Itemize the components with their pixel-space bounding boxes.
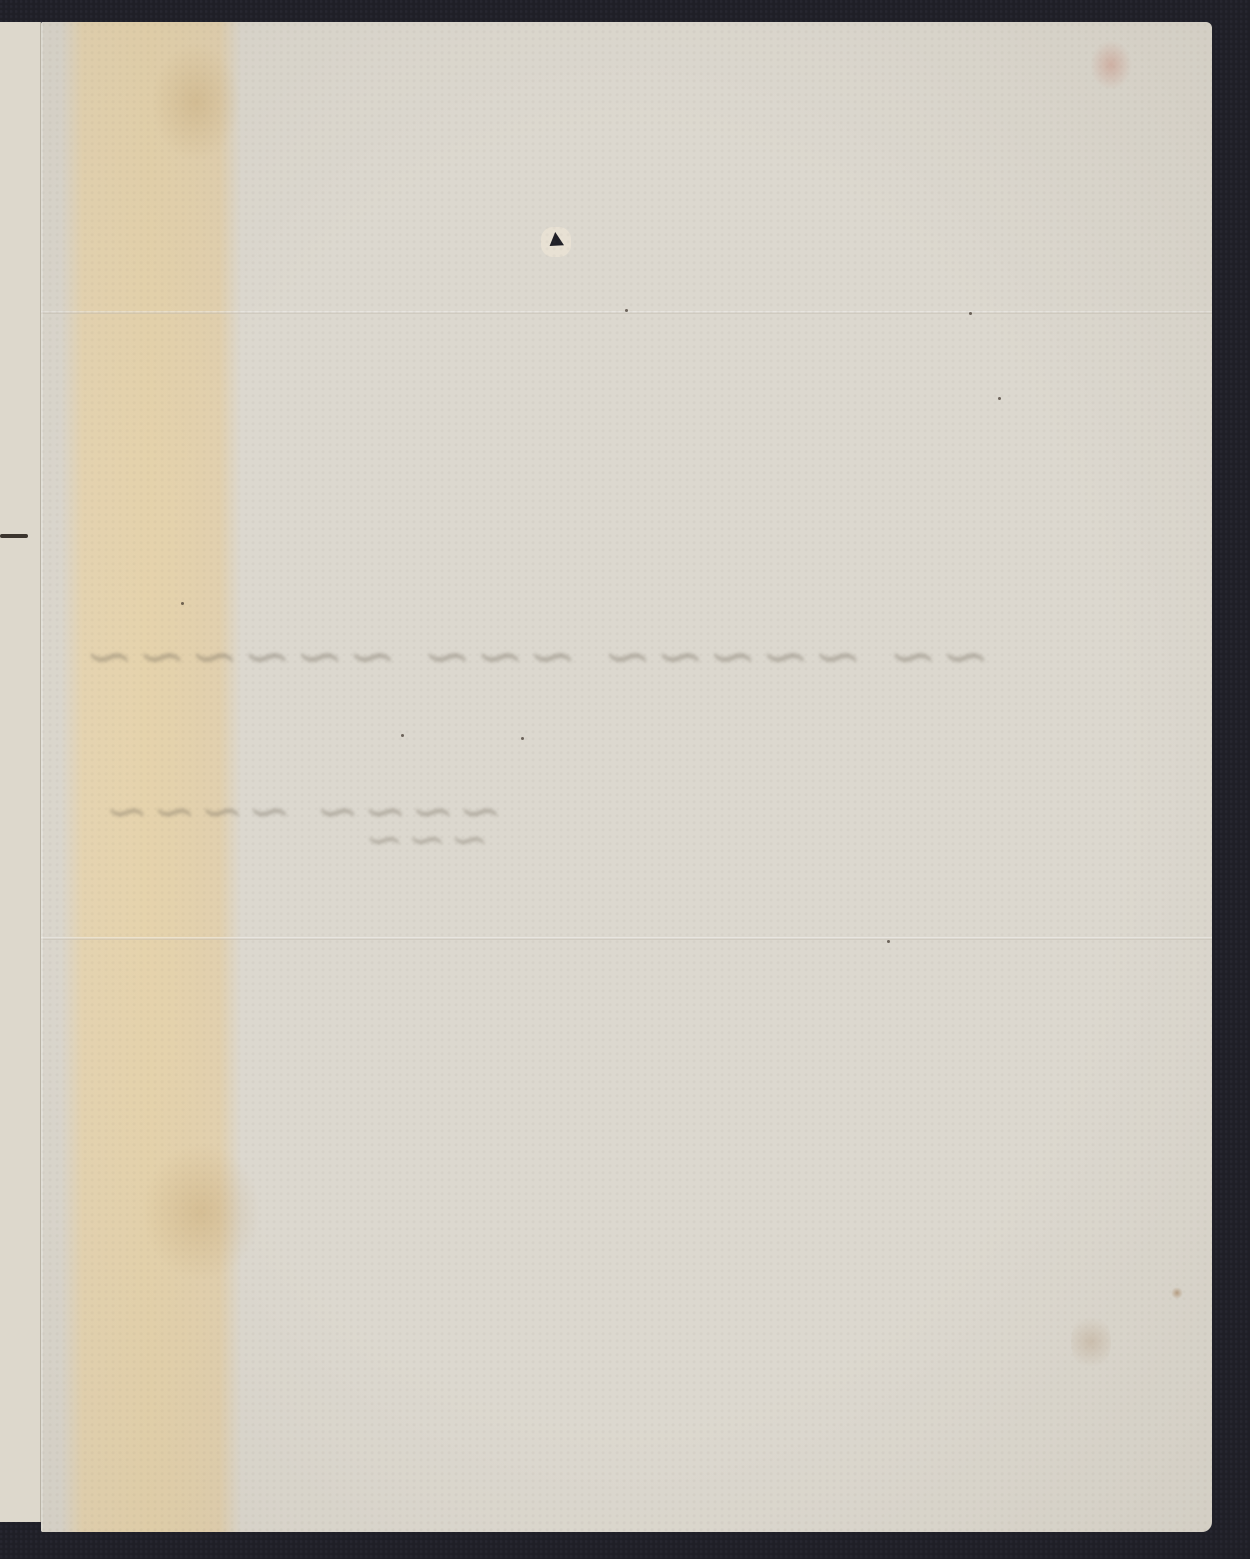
speck <box>521 737 524 740</box>
speck <box>998 397 1001 400</box>
ink-mark <box>0 534 28 538</box>
page-gutter-fold <box>41 22 43 1532</box>
document-page: ​~~ ~~~~~ ~~~ ~~~~~~ ​~~~~ ~~~~ ​~~~ <box>41 22 1212 1532</box>
speck <box>401 734 404 737</box>
fold-line-lower <box>41 937 1212 940</box>
foxing-spot <box>1171 1287 1183 1299</box>
speck <box>969 312 972 315</box>
foxing-spot <box>1071 1312 1111 1372</box>
ink-bleed-through-line-1: ​~~ ~~~~~ ~~~ ~~~~~~ <box>81 622 990 690</box>
ink-bleed-through-line-3: ​~~~ <box>361 812 489 866</box>
adjacent-page-edge <box>0 22 41 1522</box>
speck <box>625 309 628 312</box>
stain-blot <box>151 42 241 162</box>
water-stain-band <box>61 22 241 1532</box>
stain-blot <box>141 1142 261 1282</box>
speck <box>887 940 890 943</box>
speck <box>181 602 184 605</box>
red-stamp-mark <box>1090 40 1132 90</box>
